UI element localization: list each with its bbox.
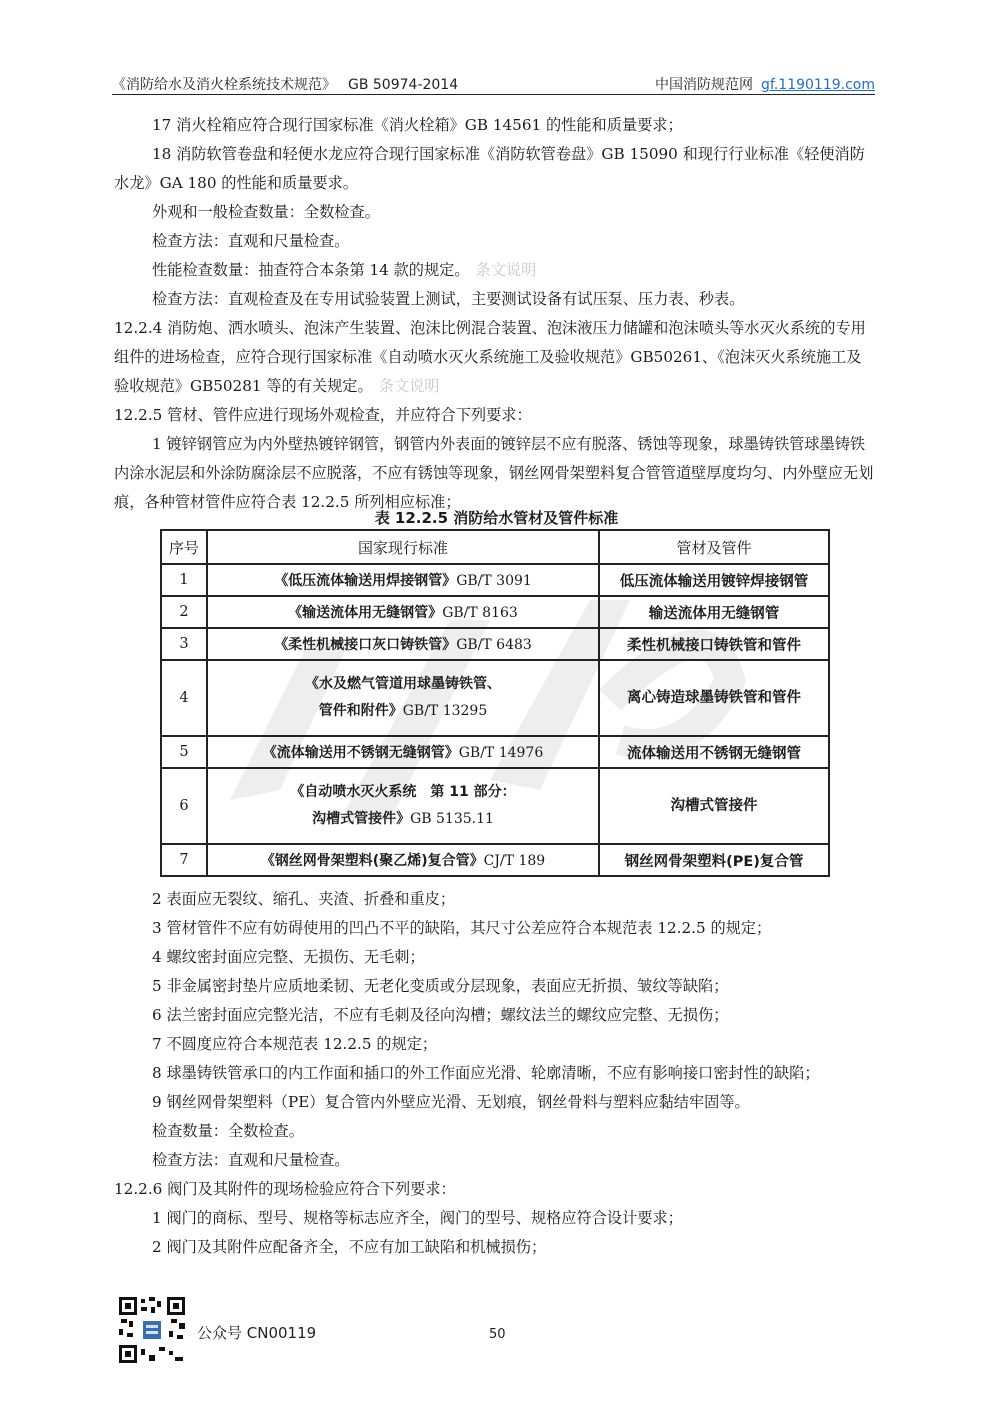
cell-no: 4	[161, 660, 207, 736]
table-row: 5 《流体输送用不锈钢无缝钢管》GB/T 14976 流体输送用不锈钢无缝钢管	[161, 736, 829, 768]
clause-12-2-6: 12.2.6 阀门及其附件的现场检验应符合下列要求：	[114, 1175, 874, 1204]
cell-no: 6	[161, 768, 207, 844]
page-header: 《消防给水及消火栓系统技术规范》GB 50974-2014 中国消防规范网gf.…	[112, 72, 875, 95]
inspection-method-1: 检查方法：直观和尺量检查。	[114, 227, 874, 256]
performance-quantity-text: 性能检查数量：抽查符合本条第 14 款的规定。	[152, 261, 470, 279]
item-2-text: 2 表面应无裂纹、缩孔、夹渣、折叠和重皮；	[152, 890, 455, 908]
clause-12-2-5: 12.2.5 管材、管件应进行现场外观检查，并应符合下列要求：	[114, 401, 874, 430]
clause-17: 17 消火栓箱应符合现行国家标准《消火栓箱》GB 14561 的性能和质量要求；	[114, 111, 874, 140]
cell-standard: 《柔性机械接口灰口铸铁管》GB/T 6483	[207, 628, 599, 660]
page-footer: 公众号 CN00119 50	[119, 1297, 879, 1367]
clause-12-2-5-item-1: 1 镀锌钢管应为内外壁热镀锌钢管，钢管内外表面的镀锌层不应有脱落、锈蚀等现象，球…	[114, 430, 874, 517]
clause-12-2-5-item-6: 6 法兰密封面应完整光洁，不应有毛刺及径向沟槽；螺纹法兰的螺纹应完整、无损伤；	[114, 1001, 874, 1030]
header-site-group: 中国消防规范网gf.1190119.com	[655, 74, 875, 94]
cell-standard: 《输送流体用无缝钢管》GB/T 8163	[207, 596, 599, 628]
standard-code: GB/T 6483	[456, 637, 532, 653]
cell-material: 流体输送用不锈钢无缝钢管	[599, 736, 829, 768]
inspection-method-1-text: 检查方法：直观和尺量检查。	[152, 232, 349, 250]
inspection-method-2-text: 检查方法：直观检查及在专用试验装置上测试，主要测试设备有试压泵、压力表、秒表。	[152, 290, 744, 308]
clause-12-2-5-item-4: 4 螺纹密封面应完整、无损伤、无毛刺；	[114, 943, 874, 972]
standard-name-line2: 管件和附件》	[319, 703, 403, 719]
table-row: 7 《钢丝网骨架塑料(聚乙烯)复合管》CJ/T 189 钢丝网骨架塑料(PE)复…	[161, 844, 829, 876]
standard-name: 《柔性机械接口灰口铸铁管》	[274, 637, 456, 653]
cell-standard: 《水及燃气管道用球墨铸铁管、管件和附件》GB/T 13295	[207, 660, 599, 736]
clause-12-2-5-item-8: 8 球墨铸铁管承口的内工作面和插口的外工作面应光滑、轮廓清晰，不应有影响接口密封…	[114, 1059, 874, 1088]
cell-material: 离心铸造球墨铸铁管和管件	[599, 660, 829, 736]
header-site-link[interactable]: gf.1190119.com	[761, 77, 875, 93]
qr-code-icon[interactable]	[119, 1297, 185, 1363]
clause-explanation-link[interactable]: 条文说明	[379, 377, 440, 395]
header-site-name: 中国消防规范网	[655, 77, 753, 93]
standard-code: GB/T 3091	[456, 573, 532, 589]
item-4-text: 4 螺纹密封面应完整、无损伤、无毛刺；	[152, 948, 425, 966]
item-3-text: 3 管材管件不应有妨碍使用的凹凸不平的缺陷，其尺寸公差应符合本规范表 12.2.…	[152, 919, 771, 937]
inspection-method-3: 检查方法：直观和尺量检查。	[114, 1146, 874, 1175]
standard-name: 《钢丝网骨架塑料(聚乙烯)复合管》	[261, 853, 484, 869]
clause-12-2-5-text: 12.2.5 管材、管件应进行现场外观检查，并应符合下列要求：	[114, 406, 532, 424]
clause-12-2-5-item-1-text: 1 镀锌钢管应为内外壁热镀锌钢管，钢管内外表面的镀锌层不应有脱落、锈蚀等现象，球…	[114, 435, 873, 511]
table-row: 1 《低压流体输送用焊接钢管》GB/T 3091 低压流体输送用镀锌焊接钢管	[161, 564, 829, 596]
clause-12-2-6-item-2-text: 2 阀门及其附件应配备齐全，不应有加工缺陷和机械损伤；	[152, 1238, 546, 1256]
header-doc-title-group: 《消防给水及消火栓系统技术规范》GB 50974-2014	[112, 74, 458, 94]
table-header-standard: 国家现行标准	[207, 530, 599, 564]
standard-code: CJ/T 189	[484, 853, 546, 869]
clause-12-2-6-item-1-text: 1 阀门的商标、型号、规格等标志应齐全，阀门的型号、规格应符合设计要求；	[152, 1209, 683, 1227]
item-9-text: 9 钢丝网骨架塑料（PE）复合管内外壁应光滑、无划痕，钢丝骨料与塑料应黏结牢固等…	[152, 1093, 750, 1111]
clause-12-2-4: 12.2.4 消防炮、洒水喷头、泡沫产生装置、泡沫比例混合装置、泡沫液压力储罐和…	[114, 314, 874, 401]
standard-name-line1: 《自动喷水灭火系统 第 11 部分：	[290, 784, 515, 800]
cell-no: 2	[161, 596, 207, 628]
wechat-account-label: 公众号 CN00119	[197, 1322, 316, 1343]
cell-no: 5	[161, 736, 207, 768]
standard-code: GB/T 14976	[459, 745, 544, 761]
cell-no: 3	[161, 628, 207, 660]
item-8-text: 8 球墨铸铁管承口的内工作面和插口的外工作面应光滑、轮廓清晰，不应有影响接口密封…	[152, 1064, 820, 1082]
clause-12-2-5-item-5: 5 非金属密封垫片应质地柔韧、无老化变质或分层现象，表面应无折损、皱纹等缺陷；	[114, 972, 874, 1001]
clause-12-2-5-item-3: 3 管材管件不应有妨碍使用的凹凸不平的缺陷，其尺寸公差应符合本规范表 12.2.…	[114, 914, 874, 943]
standard-code: GB 5135.11	[410, 811, 494, 827]
pipe-standards-table: 序号 国家现行标准 管材及管件 1 《低压流体输送用焊接钢管》GB/T 3091…	[160, 529, 830, 877]
table-row: 2 《输送流体用无缝钢管》GB/T 8163 输送流体用无缝钢管	[161, 596, 829, 628]
content-top: 17 消火栓箱应符合现行国家标准《消火栓箱》GB 14561 的性能和质量要求；…	[114, 111, 874, 517]
item-6-text: 6 法兰密封面应完整光洁，不应有毛刺及径向沟槽；螺纹法兰的螺纹应完整、无损伤；	[152, 1006, 728, 1024]
cell-no: 7	[161, 844, 207, 876]
clause-17-text: 17 消火栓箱应符合现行国家标准《消火栓箱》GB 14561 的性能和质量要求；	[152, 116, 683, 134]
cell-standard: 《流体输送用不锈钢无缝钢管》GB/T 14976	[207, 736, 599, 768]
cell-material: 低压流体输送用镀锌焊接钢管	[599, 564, 829, 596]
cell-standard: 《钢丝网骨架塑料(聚乙烯)复合管》CJ/T 189	[207, 844, 599, 876]
table-row: 6 《自动喷水灭火系统 第 11 部分：沟槽式管接件》GB 5135.11 沟槽…	[161, 768, 829, 844]
standard-name: 《低压流体输送用焊接钢管》	[274, 573, 456, 589]
header-doc-code: GB 50974-2014	[348, 77, 458, 93]
clause-explanation-link[interactable]: 条文说明	[476, 261, 537, 279]
clause-12-2-5-item-7: 7 不圆度应符合本规范表 12.2.5 的规定；	[114, 1030, 874, 1059]
cell-standard: 《低压流体输送用焊接钢管》GB/T 3091	[207, 564, 599, 596]
page-number: 50	[489, 1327, 506, 1342]
cell-material: 柔性机械接口铸铁管和管件	[599, 628, 829, 660]
item-5-text: 5 非金属密封垫片应质地柔韧、无老化变质或分层现象，表面应无折损、皱纹等缺陷；	[152, 977, 728, 995]
inspection-quantity-2: 检查数量：全数检查。	[114, 1117, 874, 1146]
inspection-method-2: 检查方法：直观检查及在专用试验装置上测试，主要测试设备有试压泵、压力表、秒表。	[114, 285, 874, 314]
table-header-material: 管材及管件	[599, 530, 829, 564]
table-header-row: 序号 国家现行标准 管材及管件	[161, 530, 829, 564]
clause-12-2-6-text: 12.2.6 阀门及其附件的现场检验应符合下列要求：	[114, 1180, 456, 1198]
cell-no: 1	[161, 564, 207, 596]
header-doc-title: 《消防给水及消火栓系统技术规范》	[112, 77, 336, 93]
clause-12-2-5-item-2: 2 表面应无裂纹、缩孔、夹渣、折叠和重皮；	[114, 885, 874, 914]
performance-quantity: 性能检查数量：抽查符合本条第 14 款的规定。条文说明	[114, 256, 874, 285]
table-row: 4 《水及燃气管道用球墨铸铁管、管件和附件》GB/T 13295 离心铸造球墨铸…	[161, 660, 829, 736]
inspection-quantity-2-text: 检查数量：全数检查。	[152, 1122, 304, 1140]
table-header-no: 序号	[161, 530, 207, 564]
inspection-quantity-1-text: 外观和一般检查数量：全数检查。	[152, 203, 380, 221]
standard-name-line1: 《水及燃气管道用球墨铸铁管、	[305, 676, 501, 692]
content-bottom: 2 表面应无裂纹、缩孔、夹渣、折叠和重皮； 3 管材管件不应有妨碍使用的凹凸不平…	[114, 885, 874, 1262]
standard-name-line2: 沟槽式管接件》	[312, 811, 410, 827]
clause-18: 18 消防软管卷盘和轻便水龙应符合现行国家标准《消防软管卷盘》GB 15090 …	[114, 140, 874, 198]
table-title: 表 12.2.5 消防给水管材及管件标准	[0, 507, 993, 528]
standard-code: GB/T 13295	[403, 703, 488, 719]
cell-material: 沟槽式管接件	[599, 768, 829, 844]
item-7-text: 7 不圆度应符合本规范表 12.2.5 的规定；	[152, 1035, 437, 1053]
table-row: 3 《柔性机械接口灰口铸铁管》GB/T 6483 柔性机械接口铸铁管和管件	[161, 628, 829, 660]
clause-12-2-4-text: 12.2.4 消防炮、洒水喷头、泡沫产生装置、泡沫比例混合装置、泡沫液压力储罐和…	[114, 319, 866, 395]
cell-material: 钢丝网骨架塑料(PE)复合管	[599, 844, 829, 876]
standard-name: 《流体输送用不锈钢无缝钢管》	[263, 745, 459, 761]
standard-code: GB/T 8163	[442, 605, 518, 621]
inspection-method-3-text: 检查方法：直观和尺量检查。	[152, 1151, 349, 1169]
clause-18-text: 18 消防软管卷盘和轻便水龙应符合现行国家标准《消防软管卷盘》GB 15090 …	[114, 145, 865, 192]
inspection-quantity-1: 外观和一般检查数量：全数检查。	[114, 198, 874, 227]
clause-12-2-6-item-2: 2 阀门及其附件应配备齐全，不应有加工缺陷和机械损伤；	[114, 1233, 874, 1262]
clause-12-2-6-item-1: 1 阀门的商标、型号、规格等标志应齐全，阀门的型号、规格应符合设计要求；	[114, 1204, 874, 1233]
standard-name: 《输送流体用无缝钢管》	[288, 605, 442, 621]
clause-12-2-5-item-9: 9 钢丝网骨架塑料（PE）复合管内外壁应光滑、无划痕，钢丝骨料与塑料应黏结牢固等…	[114, 1088, 874, 1117]
cell-material: 输送流体用无缝钢管	[599, 596, 829, 628]
cell-standard: 《自动喷水灭火系统 第 11 部分：沟槽式管接件》GB 5135.11	[207, 768, 599, 844]
